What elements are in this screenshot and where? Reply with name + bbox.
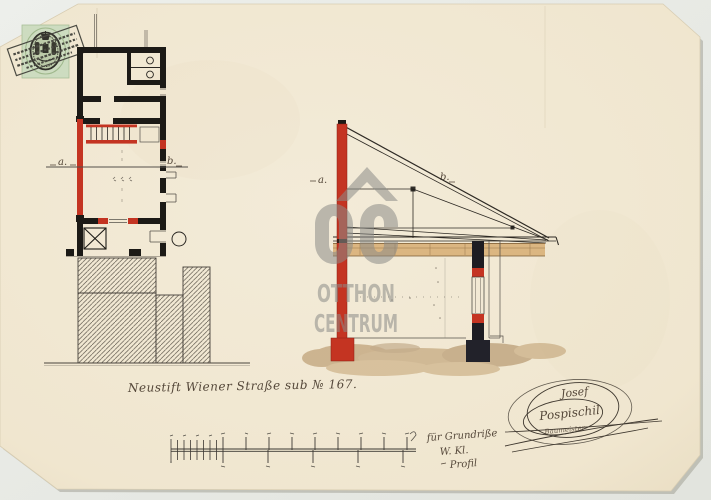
plan-label-a: a.: [58, 157, 67, 168]
plan-label-b: b.: [167, 156, 177, 167]
scanned-architectural-drawing: a. b.: [0, 0, 711, 500]
scale-note-line3: Profil: [448, 458, 477, 471]
scale-note-line2: W. Kl.: [439, 445, 468, 458]
watermark-line1: OTTHON: [317, 279, 395, 308]
section-label-a: a.: [318, 175, 327, 186]
watermark-line2: CENTRUM: [314, 309, 398, 338]
